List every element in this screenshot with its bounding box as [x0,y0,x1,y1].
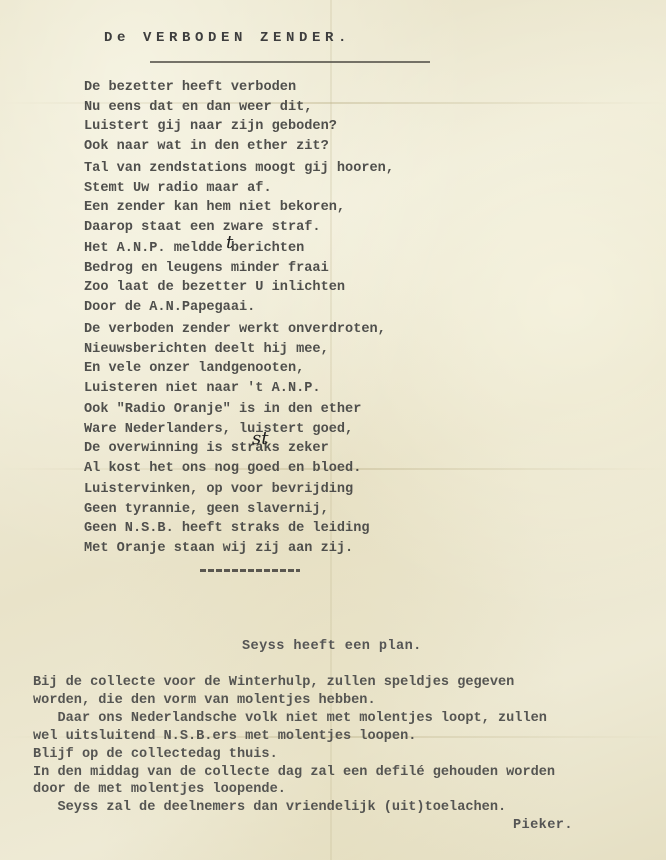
poem-line: Ware Nederlanders, luistert goed, [84,420,361,440]
poem-line: Ook naar wat in den ether zit? [84,137,337,157]
handwritten-correction: st [252,428,268,449]
poem-stanza-4: De verboden zender werkt onverdroten, Ni… [84,320,386,398]
poem-stanza-5: Ook "Radio Oranje" is in den ether Ware … [84,400,361,478]
poem-line: En vele onzer landgenooten, [84,359,386,379]
poem-stanza-1: De bezetter heeft verboden Nu eens dat e… [84,78,337,156]
poem-line: De overwinning is straks zeker [84,439,361,459]
handwritten-correction: t [226,232,233,253]
body-line: Bij de collecte voor de Winterhulp, zull… [33,674,555,692]
body-line: Daar ons Nederlandsche volk niet met mol… [33,710,555,728]
body-line: wel uitsluitend N.S.B.ers met molentjes … [33,728,555,746]
body-line: worden, die den vorm van molentjes hebbe… [33,692,555,710]
poem-line: Met Oranje staan wij zij aan zij. [84,539,370,559]
poem-line: Geen tyrannie, geen slavernij, [84,500,370,520]
poem-line: De verboden zender werkt onverdroten, [84,320,386,340]
poem-line: Tal van zendstations moogt gij hooren, [84,159,394,179]
section-body: Bij de collecte voor de Winterhulp, zull… [33,674,555,817]
poem-stanza-6: Luistervinken, op voor bevrijding Geen t… [84,480,370,558]
section-separator [200,569,300,572]
poem-line: Luistert gij naar zijn geboden? [84,117,337,137]
poem-line: Nu eens dat en dan weer dit, [84,98,337,118]
title-underline [150,61,430,63]
poem-line: Ook "Radio Oranje" is in den ether [84,400,361,420]
poem-line: De bezetter heeft verboden [84,78,337,98]
poem-line: Door de A.N.Papegaai. [84,298,345,318]
signature: Pieker. [513,818,573,833]
poem-line: Bedrog en leugens minder fraai [84,259,345,279]
poem-line: Een zender kan hem niet bekoren, [84,198,394,218]
poem-line: Het A.N.P. meldde berichten [84,239,345,259]
poem-line: Al kost het ons nog goed en bloed. [84,459,361,479]
body-line: door de met molentjes loopende. [33,781,555,799]
body-line: Seyss zal de deelnemers dan vriendelijk … [33,799,555,817]
poem-line: Nieuwsberichten deelt hij mee, [84,340,386,360]
poem-line: Stemt Uw radio maar af. [84,179,394,199]
poem-line: Geen N.S.B. heeft straks de leiding [84,519,370,539]
poem-line: Daarop staat een zware straf. [84,218,394,238]
body-line: Blijf op de collectedag thuis. [33,746,555,764]
poem-line: Luistervinken, op voor bevrijding [84,480,370,500]
poem-line: Zoo laat de bezetter U inlichten [84,278,345,298]
poem-stanza-2: Tal van zendstations moogt gij hooren, S… [84,159,394,237]
body-line: In den middag van de collecte dag zal ee… [33,764,555,782]
document-title: De VERBODEN ZENDER. [104,30,351,46]
section-title: Seyss heeft een plan. [242,639,422,654]
poem-line: Luisteren niet naar 't A.N.P. [84,379,386,399]
poem-stanza-3: Het A.N.P. meldde berichten Bedrog en le… [84,239,345,317]
